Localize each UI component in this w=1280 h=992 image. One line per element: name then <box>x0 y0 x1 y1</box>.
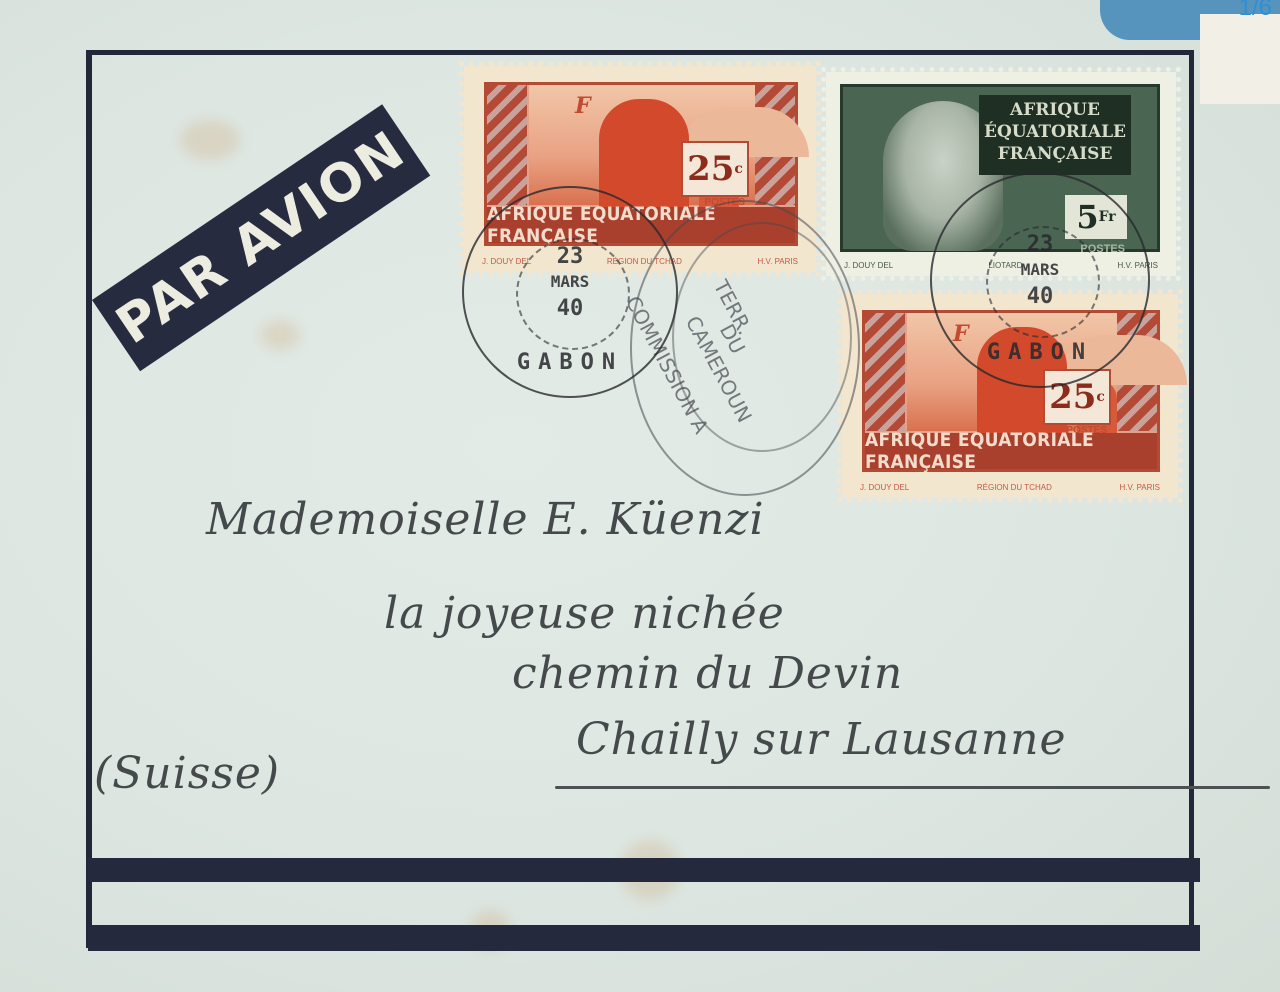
address-country: (Suisse) <box>94 748 280 799</box>
border-stripe-bottom <box>88 925 1200 951</box>
postmark-place: GABON <box>464 350 676 375</box>
stamp-value: 25c <box>681 141 749 197</box>
postmark-day: 23 <box>464 244 676 269</box>
envelope: 1/6 PAR AVION F 25c POSTES AFRIQUE EQUAT… <box>0 0 1280 992</box>
postmark-year: 40 <box>932 284 1148 309</box>
address-underline <box>555 786 1270 789</box>
stamp-country: AFRIQUE EQUATORIALE FRANÇAISE <box>865 433 1157 469</box>
postmark-place: GABON <box>932 340 1148 365</box>
stamp-country: AFRIQUE ÉQUATORIALE FRANÇAISE <box>979 95 1131 175</box>
postmark-month: MARS <box>464 272 676 291</box>
stamp-border-pattern <box>865 313 905 431</box>
border-stripe-top <box>88 858 1200 882</box>
torn-corner-paper <box>1200 14 1280 104</box>
postmark-month: MARS <box>932 260 1148 279</box>
corner-annotation: 1/6 <box>1239 0 1272 22</box>
address-line-street: chemin du Devin <box>512 648 903 699</box>
stamp-border-pattern <box>487 85 527 205</box>
postmark-day: 23 <box>932 232 1148 257</box>
address-line-recipient: Mademoiselle E. Küenzi <box>206 494 765 545</box>
postmark-right: 23 MARS 40 GABON <box>930 172 1150 388</box>
stamp-mark: F <box>575 93 591 119</box>
stamp-imprint: J. DOUY DEL RÉGION DU TCHAD H.V. PARIS <box>860 483 1160 492</box>
postmark-left: 23 MARS 40 GABON <box>462 186 678 398</box>
postmark-year: 40 <box>464 296 676 321</box>
address-line-city: Chailly sur Lausanne <box>576 714 1067 765</box>
address-line-house: la joyeuse nichée <box>384 588 785 639</box>
